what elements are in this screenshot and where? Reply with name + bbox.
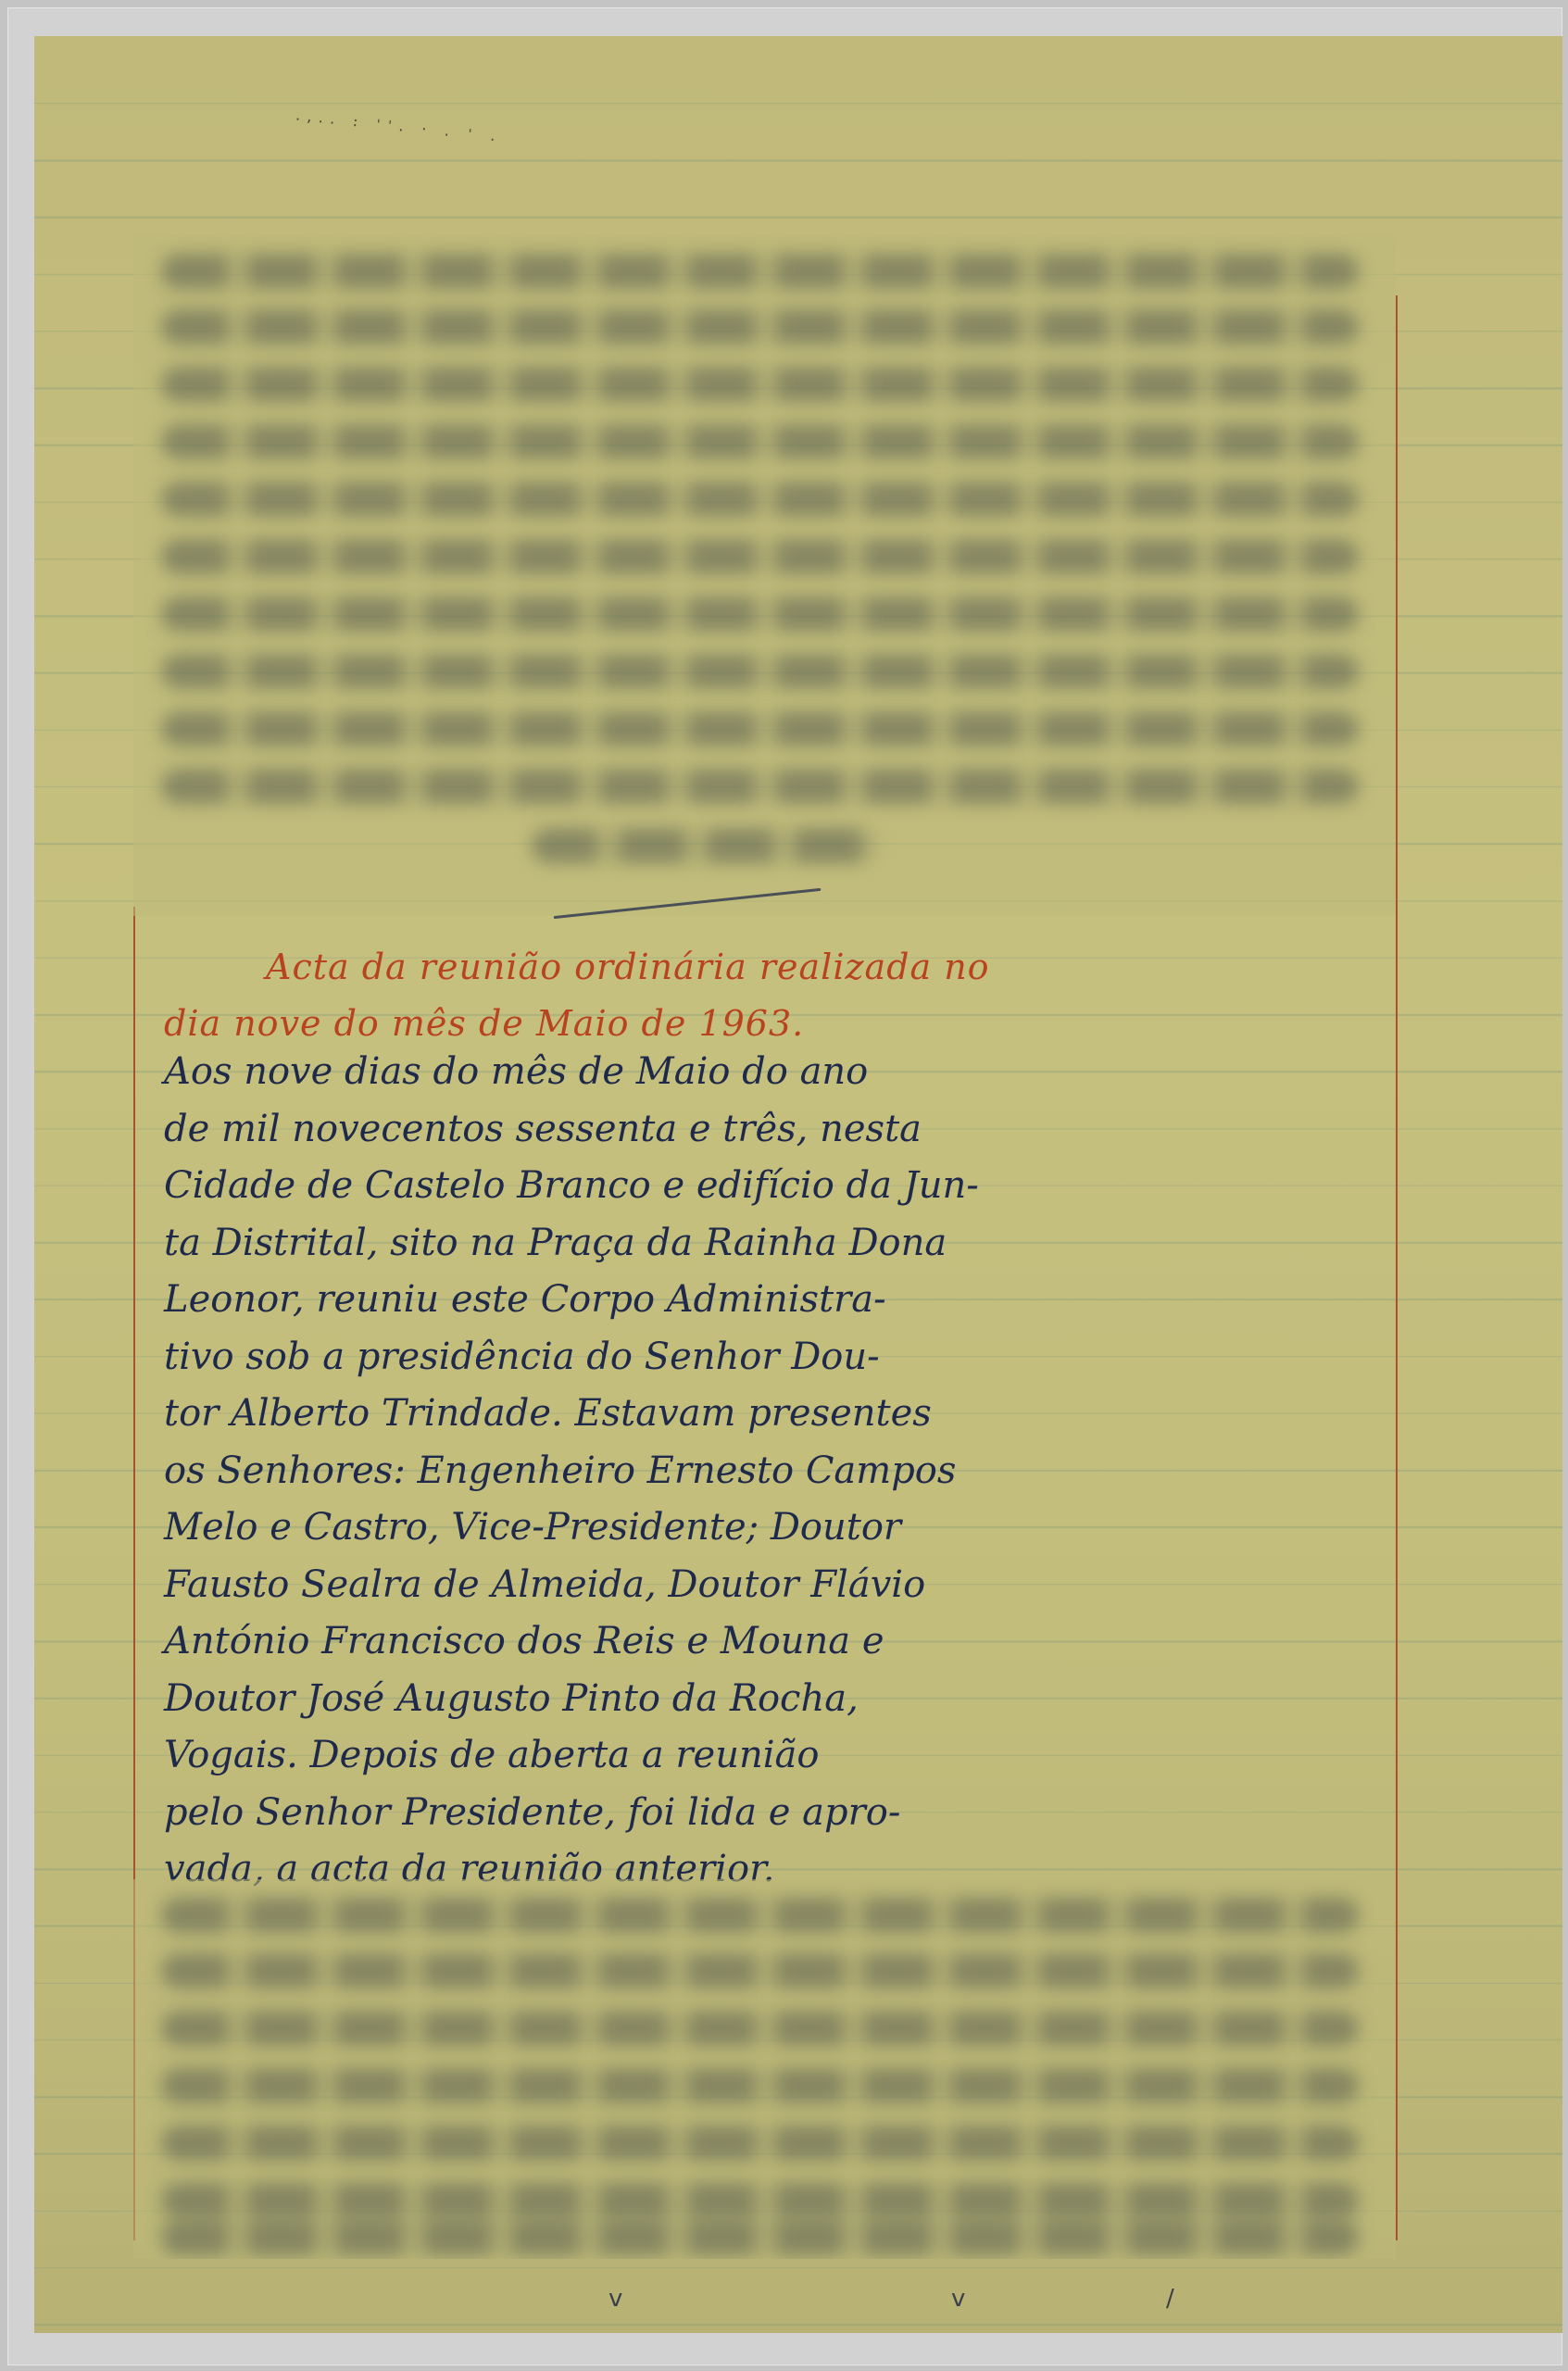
body-line: tor Alberto Trindade. Estavam presentes (164, 1386, 1396, 1443)
redacted-region-bottom (133, 1879, 1396, 2259)
body-line: ta Distrital, sito na Praça da Rainha Do… (164, 1215, 1396, 1273)
body-line: Aos nove dias do mês de Maio do ano (164, 1044, 1396, 1101)
body-line: pelo Senhor Presidente, foi lida e apro- (164, 1785, 1396, 1842)
heading-line-1: Acta da reunião ordinária realizada no (266, 939, 990, 996)
body-line: os Senhores: Engenheiro Ernesto Campos (164, 1443, 1396, 1500)
body-line: António Francisco dos Reis e Mouna e (164, 1613, 1396, 1671)
document-page: .,.. : ''. · . ' . Acta da reunião ordin… (34, 36, 1562, 2333)
scan-frame: .,.. : ''. · . ' . Acta da reunião ordin… (7, 7, 1562, 2365)
minutes-body: Aos nove dias do mês de Maio do ano de m… (164, 1044, 1396, 1899)
redacted-region-top (133, 235, 1396, 916)
body-line: Fausto Sealra de Almeida, Doutor Flávio (164, 1557, 1396, 1614)
ink-tick: ⅴ (608, 2285, 622, 2313)
ink-tick: ⅴ (951, 2285, 965, 2313)
body-line: Leonor, reuniu este Corpo Administra- (164, 1272, 1396, 1329)
body-line: Doutor José Augusto Pinto da Rocha, (164, 1671, 1396, 1728)
ink-tick: / (1166, 2285, 1174, 2313)
body-line: Cidade de Castelo Branco e edifício da J… (164, 1158, 1396, 1215)
body-line: tivo sob a presidência do Senhor Dou- (164, 1329, 1396, 1386)
body-line: Melo e Castro, Vice-Presidente; Doutor (164, 1499, 1396, 1557)
body-line: de mil novecentos sessenta e três, nesta (164, 1101, 1396, 1159)
body-line: Vogais. Depois de aberta a reunião (164, 1727, 1396, 1785)
right-margin-line (1396, 295, 1398, 2240)
